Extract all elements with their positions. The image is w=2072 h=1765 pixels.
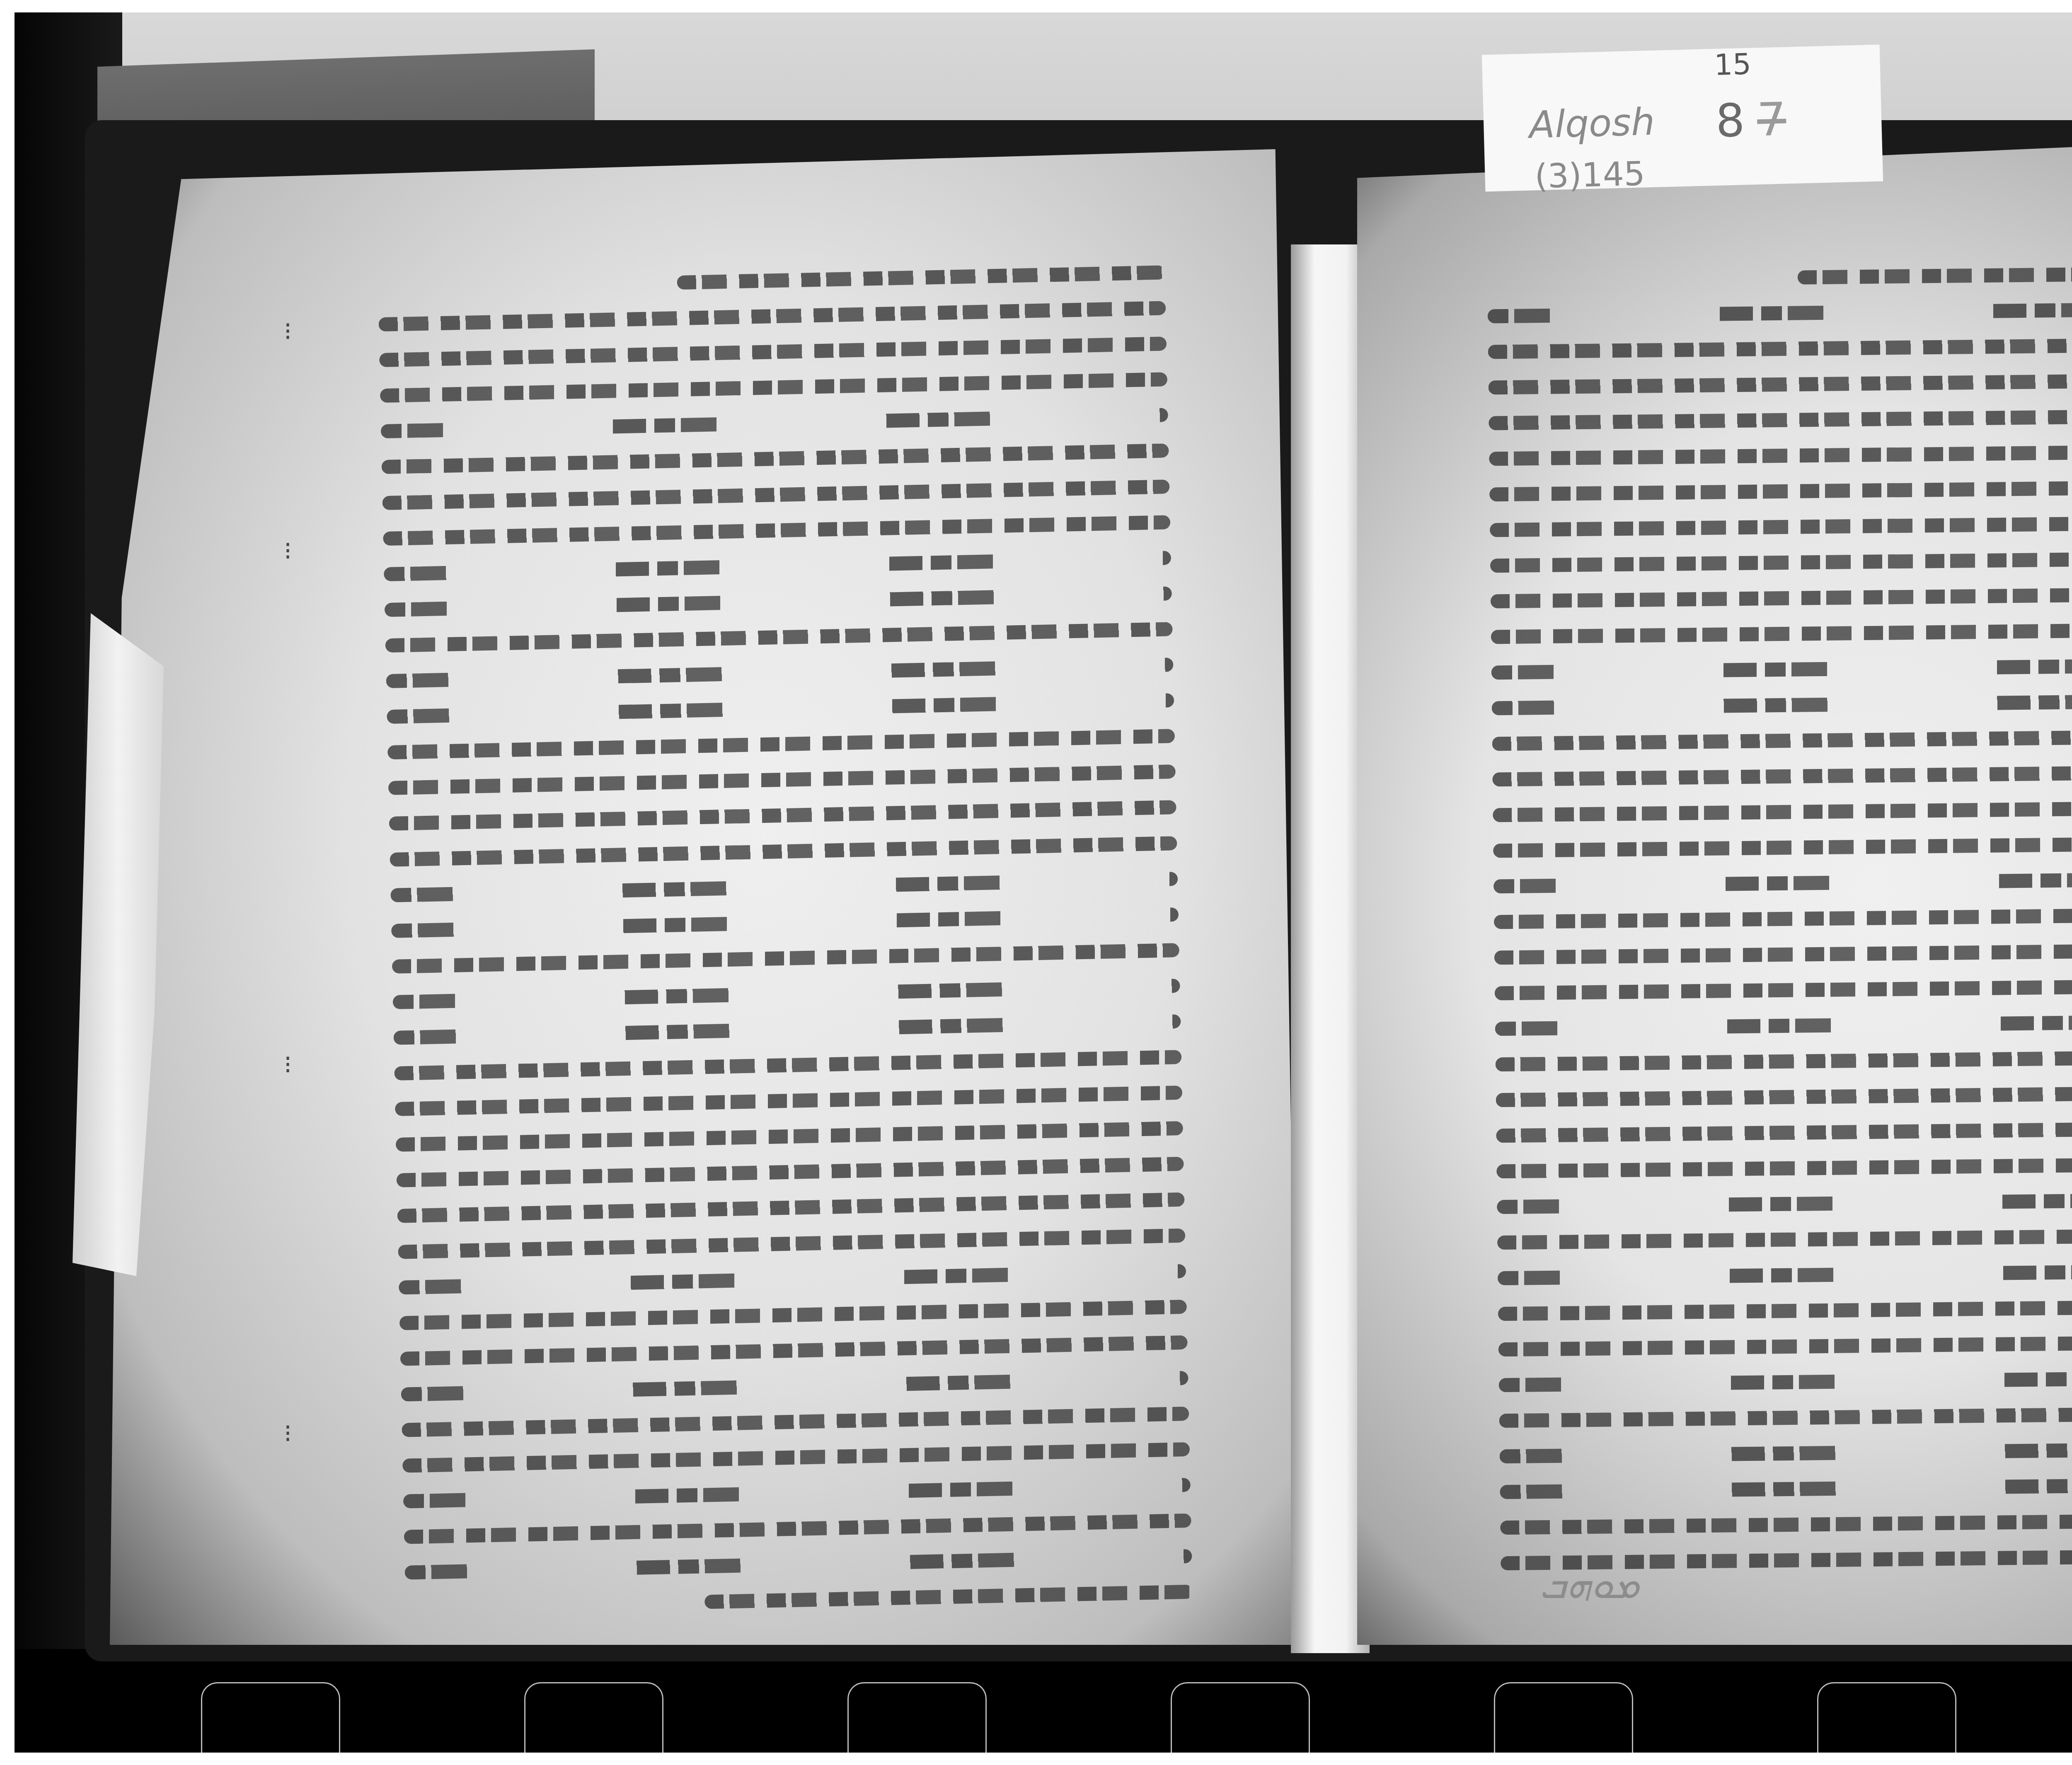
text-line: [397, 1157, 1184, 1187]
label-struck-number: 7: [1756, 92, 1786, 146]
sprocket-hole: [1171, 1682, 1310, 1753]
text-line: [1496, 1085, 2072, 1107]
text-line: [382, 444, 1169, 474]
text-line: [385, 622, 1173, 653]
text-line: [1499, 1370, 2072, 1393]
text-line: [1497, 1227, 2072, 1250]
label-shelf-number: 8: [1715, 94, 1745, 147]
text-line: [402, 1407, 1189, 1437]
text-line: [381, 408, 1168, 439]
left-page-text-block: [378, 265, 1193, 1615]
text-line: [1495, 1013, 2072, 1036]
text-line: [399, 1264, 1186, 1295]
text-line: [380, 372, 1167, 403]
text-line: [400, 1335, 1188, 1366]
text-line: [1488, 372, 2072, 395]
text-line: [389, 800, 1176, 831]
text-line: [399, 1300, 1187, 1330]
text-line: [387, 729, 1175, 759]
text-line: [402, 1442, 1190, 1473]
text-line: [1500, 1512, 2072, 1535]
label-location: Alqosh: [1529, 100, 1655, 147]
film-frame: ⁝ ⁝ ⁝ ⁝: [15, 12, 2072, 1753]
text-line: [397, 1192, 1184, 1223]
text-line: [392, 943, 1179, 974]
text-line: [403, 1478, 1191, 1509]
text-line: [384, 551, 1171, 581]
text-line: [1491, 657, 2072, 680]
margin-mark: ⁝: [284, 1057, 292, 1073]
text-line: [1493, 800, 2072, 822]
sprocket-hole: [847, 1682, 987, 1753]
margin-mark: ⁝: [284, 1425, 292, 1442]
text-line: [1494, 907, 2072, 929]
label-folio-number: 15: [1714, 47, 1752, 82]
text-line: [1489, 408, 2072, 430]
text-line: [1488, 301, 2072, 324]
sprocket-hole: [524, 1682, 663, 1753]
catchword-annotation: ܡܘܗܒ: [1539, 1562, 1639, 1608]
text-line: [388, 765, 1176, 795]
text-line: [1492, 764, 2072, 787]
text-line: [1498, 1334, 2072, 1357]
text-line: [1496, 1156, 2072, 1179]
right-manuscript-page: ⁝ ⁝ ⁝ ⁝: [1357, 133, 2072, 1645]
text-line: [1497, 1192, 2072, 1214]
text-line: [1498, 1298, 2072, 1321]
text-line: [391, 907, 1179, 938]
text-line: [393, 1014, 1181, 1045]
text-line: [404, 1549, 1192, 1580]
text-line: [1495, 978, 2072, 1001]
text-line: [1499, 1405, 2072, 1428]
text-line: [1488, 336, 2072, 359]
text-line: [1493, 871, 2072, 894]
text-line: [378, 301, 1166, 332]
text-line: [1797, 265, 2072, 285]
left-manuscript-page: ⁝ ⁝ ⁝ ⁝: [110, 149, 1299, 1645]
text-line: [390, 872, 1178, 902]
text-line: [385, 586, 1172, 617]
margin-mark: ⁝: [284, 323, 292, 340]
text-line: [1499, 1441, 2072, 1464]
film-sprocket-strip: [15, 1657, 2072, 1753]
text-line: [704, 1585, 1193, 1609]
catalog-label: 15 Alqosh 8 7 (3)145: [1482, 44, 1883, 191]
text-line: [1489, 479, 2072, 502]
text-line: [404, 1514, 1191, 1544]
text-line: [390, 836, 1177, 867]
text-line: [379, 337, 1167, 368]
text-line: [396, 1121, 1183, 1152]
text-line: [1494, 942, 2072, 965]
text-line: [386, 658, 1173, 688]
text-line: [1495, 1049, 2072, 1072]
text-line: [677, 265, 1165, 290]
text-line: [1490, 515, 2072, 537]
text-line: [394, 1050, 1181, 1081]
right-page-text-block: [1487, 265, 2072, 1570]
text-line: [1493, 835, 2072, 858]
text-line: [1500, 1477, 2072, 1499]
text-line: [393, 979, 1180, 1009]
label-reference: (3)145: [1534, 154, 1645, 196]
text-line: [383, 515, 1170, 546]
text-line: [387, 693, 1174, 724]
text-line: [1498, 1263, 2072, 1286]
text-line: [1491, 586, 2072, 609]
text-line: [1490, 550, 2072, 573]
text-line: [1491, 693, 2072, 716]
sprocket-hole: [1817, 1682, 1956, 1753]
text-line: [1489, 443, 2072, 466]
text-line: [1492, 728, 2072, 751]
text-line: [1496, 1120, 2072, 1143]
sprocket-hole: [201, 1682, 340, 1753]
text-line: [401, 1371, 1188, 1402]
text-line: [382, 479, 1169, 510]
text-line: [395, 1086, 1182, 1116]
text-line: [398, 1228, 1185, 1259]
sprocket-hole: [1494, 1682, 1633, 1753]
margin-mark: ⁝: [284, 543, 292, 559]
text-line: [1491, 621, 2072, 644]
